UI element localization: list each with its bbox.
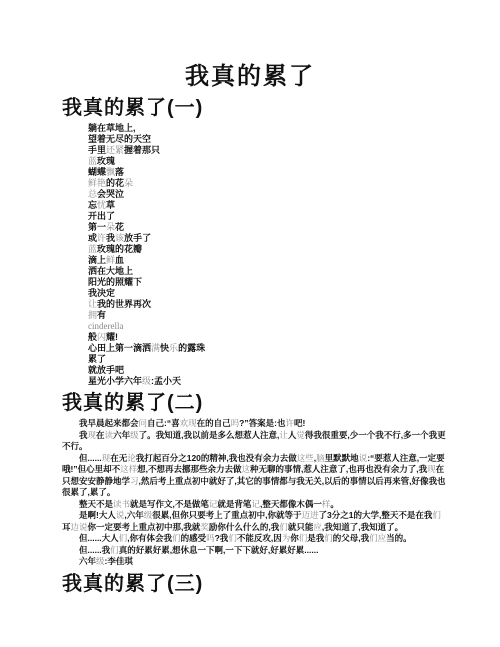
text-segment: 是我 xyxy=(307,533,324,543)
text-segment: 开出了 xyxy=(88,211,115,221)
fallback-text-segment: 们 xyxy=(228,533,237,543)
poem-line: 总会哭泣 xyxy=(88,189,500,200)
poem-line: 躺在草地上, xyxy=(88,123,500,134)
text-segment: 真的好累好累,想休息一下啊,一下下就好,好累好累...... xyxy=(119,545,319,555)
poem-line: cinderella xyxy=(88,321,500,332)
text-segment: 忘 xyxy=(88,200,97,210)
fallback-text-segment: 问 xyxy=(139,418,148,428)
text-segment: 我打起百分之120的精神,我也没有余力去做 xyxy=(136,453,297,463)
paragraph: 但......大人们,你有体会我们的感受吗?我们不能反攻,因为你们是我们的父母,… xyxy=(62,533,446,545)
fallback-text-segment: 让 xyxy=(88,299,97,309)
poem-line: 蝴蝶飘落 xyxy=(88,167,500,178)
text-segment: 的花 xyxy=(106,178,124,188)
text-segment: ?”答案是:也 xyxy=(239,418,285,428)
section-heading-3: 我真的累了(三) xyxy=(62,572,500,596)
text-segment: 想,不想再去挪那些余力去做 xyxy=(137,464,241,474)
text-segment: 的露珠 xyxy=(178,343,205,353)
poem-line: 让我的世界再次 xyxy=(88,299,500,310)
text-segment: 就是写作文,不是做笔 xyxy=(130,499,209,509)
section-heading-1: 我真的累了(一) xyxy=(62,96,500,120)
paragraph: 六年级:李佳琪 xyxy=(62,556,446,568)
text-segment: 整天不是 xyxy=(79,499,113,509)
poem-line: 鲜艳的花朵 xyxy=(88,178,500,189)
text-segment: 心田上第一滴洒 xyxy=(88,343,151,353)
paragraph: 但......我们真的好累好累,想休息一下啊,一下下就好,好累好累...... xyxy=(62,545,446,557)
text-segment: 在无 xyxy=(110,453,127,463)
fallback-text-segment: 乐 xyxy=(169,343,178,353)
poem-line: 或许我该放手了 xyxy=(88,233,500,244)
text-segment: 自己:“喜 xyxy=(147,418,180,428)
text-segment: 玫瑰的花瓣 xyxy=(97,244,142,254)
text-segment: 放手了 xyxy=(124,233,151,243)
text-segment: 了3分之1的大学,整天不是在我 xyxy=(319,510,433,520)
text-segment: 花 xyxy=(115,222,124,232)
fallback-text-segment: 记 xyxy=(251,499,260,509)
fallback-text-segment: 这样 xyxy=(120,464,137,474)
text-segment: 但...... xyxy=(79,453,102,463)
text-segment: 我早晨起来都会 xyxy=(79,418,139,428)
poem-line: 就放手吧 xyxy=(88,365,500,376)
text-segment: 滴上 xyxy=(88,255,106,265)
poem-line: 蓝玫瑰 xyxy=(88,156,500,167)
poem-line: 累了 xyxy=(88,354,500,365)
fallback-text-segment: 级 xyxy=(96,556,105,566)
fallback-text-segment: 说 xyxy=(359,453,368,463)
fallback-text-segment: 朵 xyxy=(124,178,133,188)
fallback-text-segment: cinderella xyxy=(88,321,123,331)
fallback-text-segment: 蓝 xyxy=(88,156,97,166)
paragraph: 我现在读六年级了。我知道,我以前是多么想惹人注意,让人觉得我很重要,少一个我不行… xyxy=(62,430,446,453)
fallback-text-segment: 级 xyxy=(130,430,139,440)
text-segment: 种无聊的事情,惹人注意了,也再也没有余力了,我 xyxy=(250,464,427,474)
fallback-text-segment: 飘 xyxy=(106,167,115,177)
text-segment: 在的自己 xyxy=(197,418,231,428)
text-segment: 草 xyxy=(106,200,115,210)
text-segment: 。 xyxy=(330,499,339,509)
fallback-text-segment: 奖 xyxy=(200,522,209,532)
text-segment: 里默默地 xyxy=(325,453,359,463)
fallback-text-segment: 这 xyxy=(241,464,250,474)
fallback-text-segment: 级 xyxy=(142,376,151,386)
text-segment: 玫瑰 xyxy=(97,156,115,166)
paragraph: 是啊!大人说,六年级很累,但你只要考上了重点初中,你就等于迈进了3分之1的大学,… xyxy=(62,510,446,533)
text-segment: 躺在草地上, xyxy=(88,123,136,133)
text-segment: 有 xyxy=(97,310,106,320)
fallback-text-segment: 吗 xyxy=(231,418,240,428)
fallback-text-segment: 欢现 xyxy=(180,418,197,428)
fallback-text-segment: 拥 xyxy=(88,310,97,320)
fallback-text-segment: 觉 xyxy=(296,430,305,440)
text-segment: 但......我 xyxy=(79,545,110,555)
fallback-text-segment: 们 xyxy=(324,533,333,543)
poem-line: 阳光的照耀下 xyxy=(88,277,500,288)
fallback-text-segment: 许 xyxy=(97,233,106,243)
text-segment: 六年 xyxy=(79,556,96,566)
poem-line: 忘忧草 xyxy=(88,200,500,211)
poem-block: 躺在草地上,望着无尽的天空手里还紧握着那只蓝玫瑰蝴蝶飘落鲜艳的花朵总会哭泣忘忧草… xyxy=(88,123,500,387)
text-segment: 就放手吧 xyxy=(88,365,124,375)
fallback-text-segment: 总 xyxy=(88,189,97,199)
poem-line: 蓝玫瑰的花瓣 xyxy=(88,244,500,255)
text-segment: 或 xyxy=(88,233,97,243)
fallback-text-segment: 们 xyxy=(432,510,441,520)
poem-line: 手里还紧握着那只 xyxy=(88,145,500,156)
section-heading-2: 我真的累了(二) xyxy=(62,391,500,415)
text-segment: 星光小学六年 xyxy=(88,376,142,386)
fallback-text-segment: 鲜艳 xyxy=(88,178,106,188)
paragraph: 整天不是读书就是写作文,不是做笔记就是背笔记,整天都像木偶一样。 xyxy=(62,499,446,511)
fallback-text-segment: 们 xyxy=(172,533,181,543)
text-segment: 励你什么什么的,我 xyxy=(209,522,279,532)
document-page: 我真的累了 我真的累了(一)躺在草地上,望着无尽的天空手里还紧握着那只蓝玫瑰蝴蝶… xyxy=(0,0,500,647)
text-segment: 落 xyxy=(115,167,124,177)
text-segment: 很累,但你只要考上了重点初中,你就等于 xyxy=(152,510,301,520)
text-segment: 洒在大地上 xyxy=(88,266,133,276)
fallback-text-segment: 蓝 xyxy=(88,244,97,254)
text-segment: 耳 xyxy=(62,522,71,532)
fallback-text-segment: 吗 xyxy=(206,533,215,543)
fallback-text-segment: 们 xyxy=(119,533,128,543)
text-segment: 就是背笔 xyxy=(217,499,251,509)
text-segment: :孟小天 xyxy=(151,376,181,386)
fallback-text-segment: 朵 xyxy=(106,222,115,232)
fallback-text-segment: 们 xyxy=(279,522,288,532)
text-segment: 蝴蝶 xyxy=(88,167,106,177)
page-title: 我真的累了 xyxy=(0,62,500,92)
text-segment: 是啊!大人 xyxy=(79,510,116,520)
text-segment: 阳光的照耀下 xyxy=(88,277,142,287)
text-segment: ,六年 xyxy=(124,510,143,520)
poem-line: 拥有 xyxy=(88,310,500,321)
text-segment: 我决定 xyxy=(88,288,115,298)
fallback-text-segment: 忧 xyxy=(97,200,106,210)
fallback-text-segment: 们应 xyxy=(369,533,386,543)
text-segment: 你 xyxy=(290,533,299,543)
fallback-text-segment: 读 xyxy=(105,430,114,440)
fallback-text-segment: 现 xyxy=(427,464,436,474)
fallback-text-segment: 应 xyxy=(313,522,322,532)
text-segment: ,你有体会我 xyxy=(127,533,172,543)
text-segment: 在 xyxy=(96,430,105,440)
poem-line: 滴上鲜血 xyxy=(88,255,500,266)
text-segment: 般 xyxy=(88,332,97,342)
fallback-text-segment: 这些 xyxy=(297,453,314,463)
text-segment: 不能反攻,因 xyxy=(237,533,282,543)
poem-line: 开出了 xyxy=(88,211,500,222)
text-segment: 我 xyxy=(79,430,88,440)
poem-line: 星光小学六年级:孟小天 xyxy=(88,376,500,387)
fallback-text-segment: 现 xyxy=(88,430,97,440)
poem-line: 我决定 xyxy=(88,288,500,299)
fallback-text-segment: 迈进 xyxy=(301,510,318,520)
text-segment: 我的世界再次 xyxy=(97,299,151,309)
text-segment: :李佳琪 xyxy=(105,556,133,566)
text-segment: 快 xyxy=(160,343,169,353)
text-segment: 但......大人 xyxy=(79,533,119,543)
text-segment: ?我 xyxy=(215,533,229,543)
fallback-text-segment: 论 xyxy=(127,453,136,463)
text-segment: 手里 xyxy=(88,145,106,155)
fallback-text-segment: 读书 xyxy=(113,499,130,509)
fallback-text-segment: 还紧 xyxy=(106,145,124,155)
text-segment: 六年 xyxy=(113,430,130,440)
fallback-text-segment: 为 xyxy=(282,533,291,543)
text-segment: 耀! xyxy=(106,332,118,342)
text-segment: 望着无尽的天空 xyxy=(88,134,151,144)
text-segment: 会哭泣 xyxy=(97,189,124,199)
text-segment: 的父母,我 xyxy=(333,533,369,543)
text-segment: ,我知道了,我知道了。 xyxy=(322,522,403,532)
document-body: 我真的累了(一)躺在草地上,望着无尽的天空手里还紧握着那只蓝玫瑰蝴蝶飘落鲜艳的花… xyxy=(0,96,500,596)
fallback-text-segment: 级 xyxy=(144,510,153,520)
paragraph: 我早晨起来都会问自己:“喜欢现在的自己吗?”答案是:也许吧! xyxy=(62,418,446,430)
fallback-text-segment: 鲜 xyxy=(106,255,115,265)
poem-line: 洒在大地上 xyxy=(88,266,500,277)
text-segment: 吧! xyxy=(294,418,305,428)
fallback-text-segment: 脑 xyxy=(316,453,325,463)
text-segment: 了。我知道,我以前是多么想惹人注意, xyxy=(139,430,280,440)
fallback-text-segment: 让 xyxy=(279,430,288,440)
poem-line: 心田上第一滴洒满快乐的露珠 xyxy=(88,343,500,354)
fallback-text-segment: 该 xyxy=(115,233,124,243)
fallback-text-segment: 现 xyxy=(102,453,111,463)
poem-line: 般闪耀! xyxy=(88,332,500,343)
text-segment: 当的。 xyxy=(386,533,412,543)
text-segment: 第一 xyxy=(88,222,106,232)
text-segment: 就只能 xyxy=(288,522,314,532)
fallback-text-segment: 许 xyxy=(285,418,294,428)
fallback-text-segment: 习 xyxy=(130,476,139,486)
fallback-text-segment: 闪 xyxy=(97,332,106,342)
text-segment: ,整天都像木偶一 xyxy=(260,499,322,509)
fallback-text-segment: 们 xyxy=(299,533,308,543)
text-segment: 你一定要考上重点初中那,我就 xyxy=(88,522,201,532)
text-segment: 血 xyxy=(115,255,124,265)
text-segment: 我 xyxy=(106,233,115,243)
text-segment: 握着那只 xyxy=(124,145,160,155)
poem-line: 第一朵花 xyxy=(88,222,500,233)
text-segment: 的感受 xyxy=(181,533,207,543)
poem-line: 望着无尽的天空 xyxy=(88,134,500,145)
fallback-text-segment: 满 xyxy=(151,343,160,353)
text-segment: 累了 xyxy=(88,354,106,364)
fallback-text-segment: 边说 xyxy=(71,522,88,532)
paragraph: 但......现在无论我打起百分之120的精神,我也没有余力去做这些,脑里默默地… xyxy=(62,453,446,499)
fallback-text-segment: 们 xyxy=(110,545,119,555)
